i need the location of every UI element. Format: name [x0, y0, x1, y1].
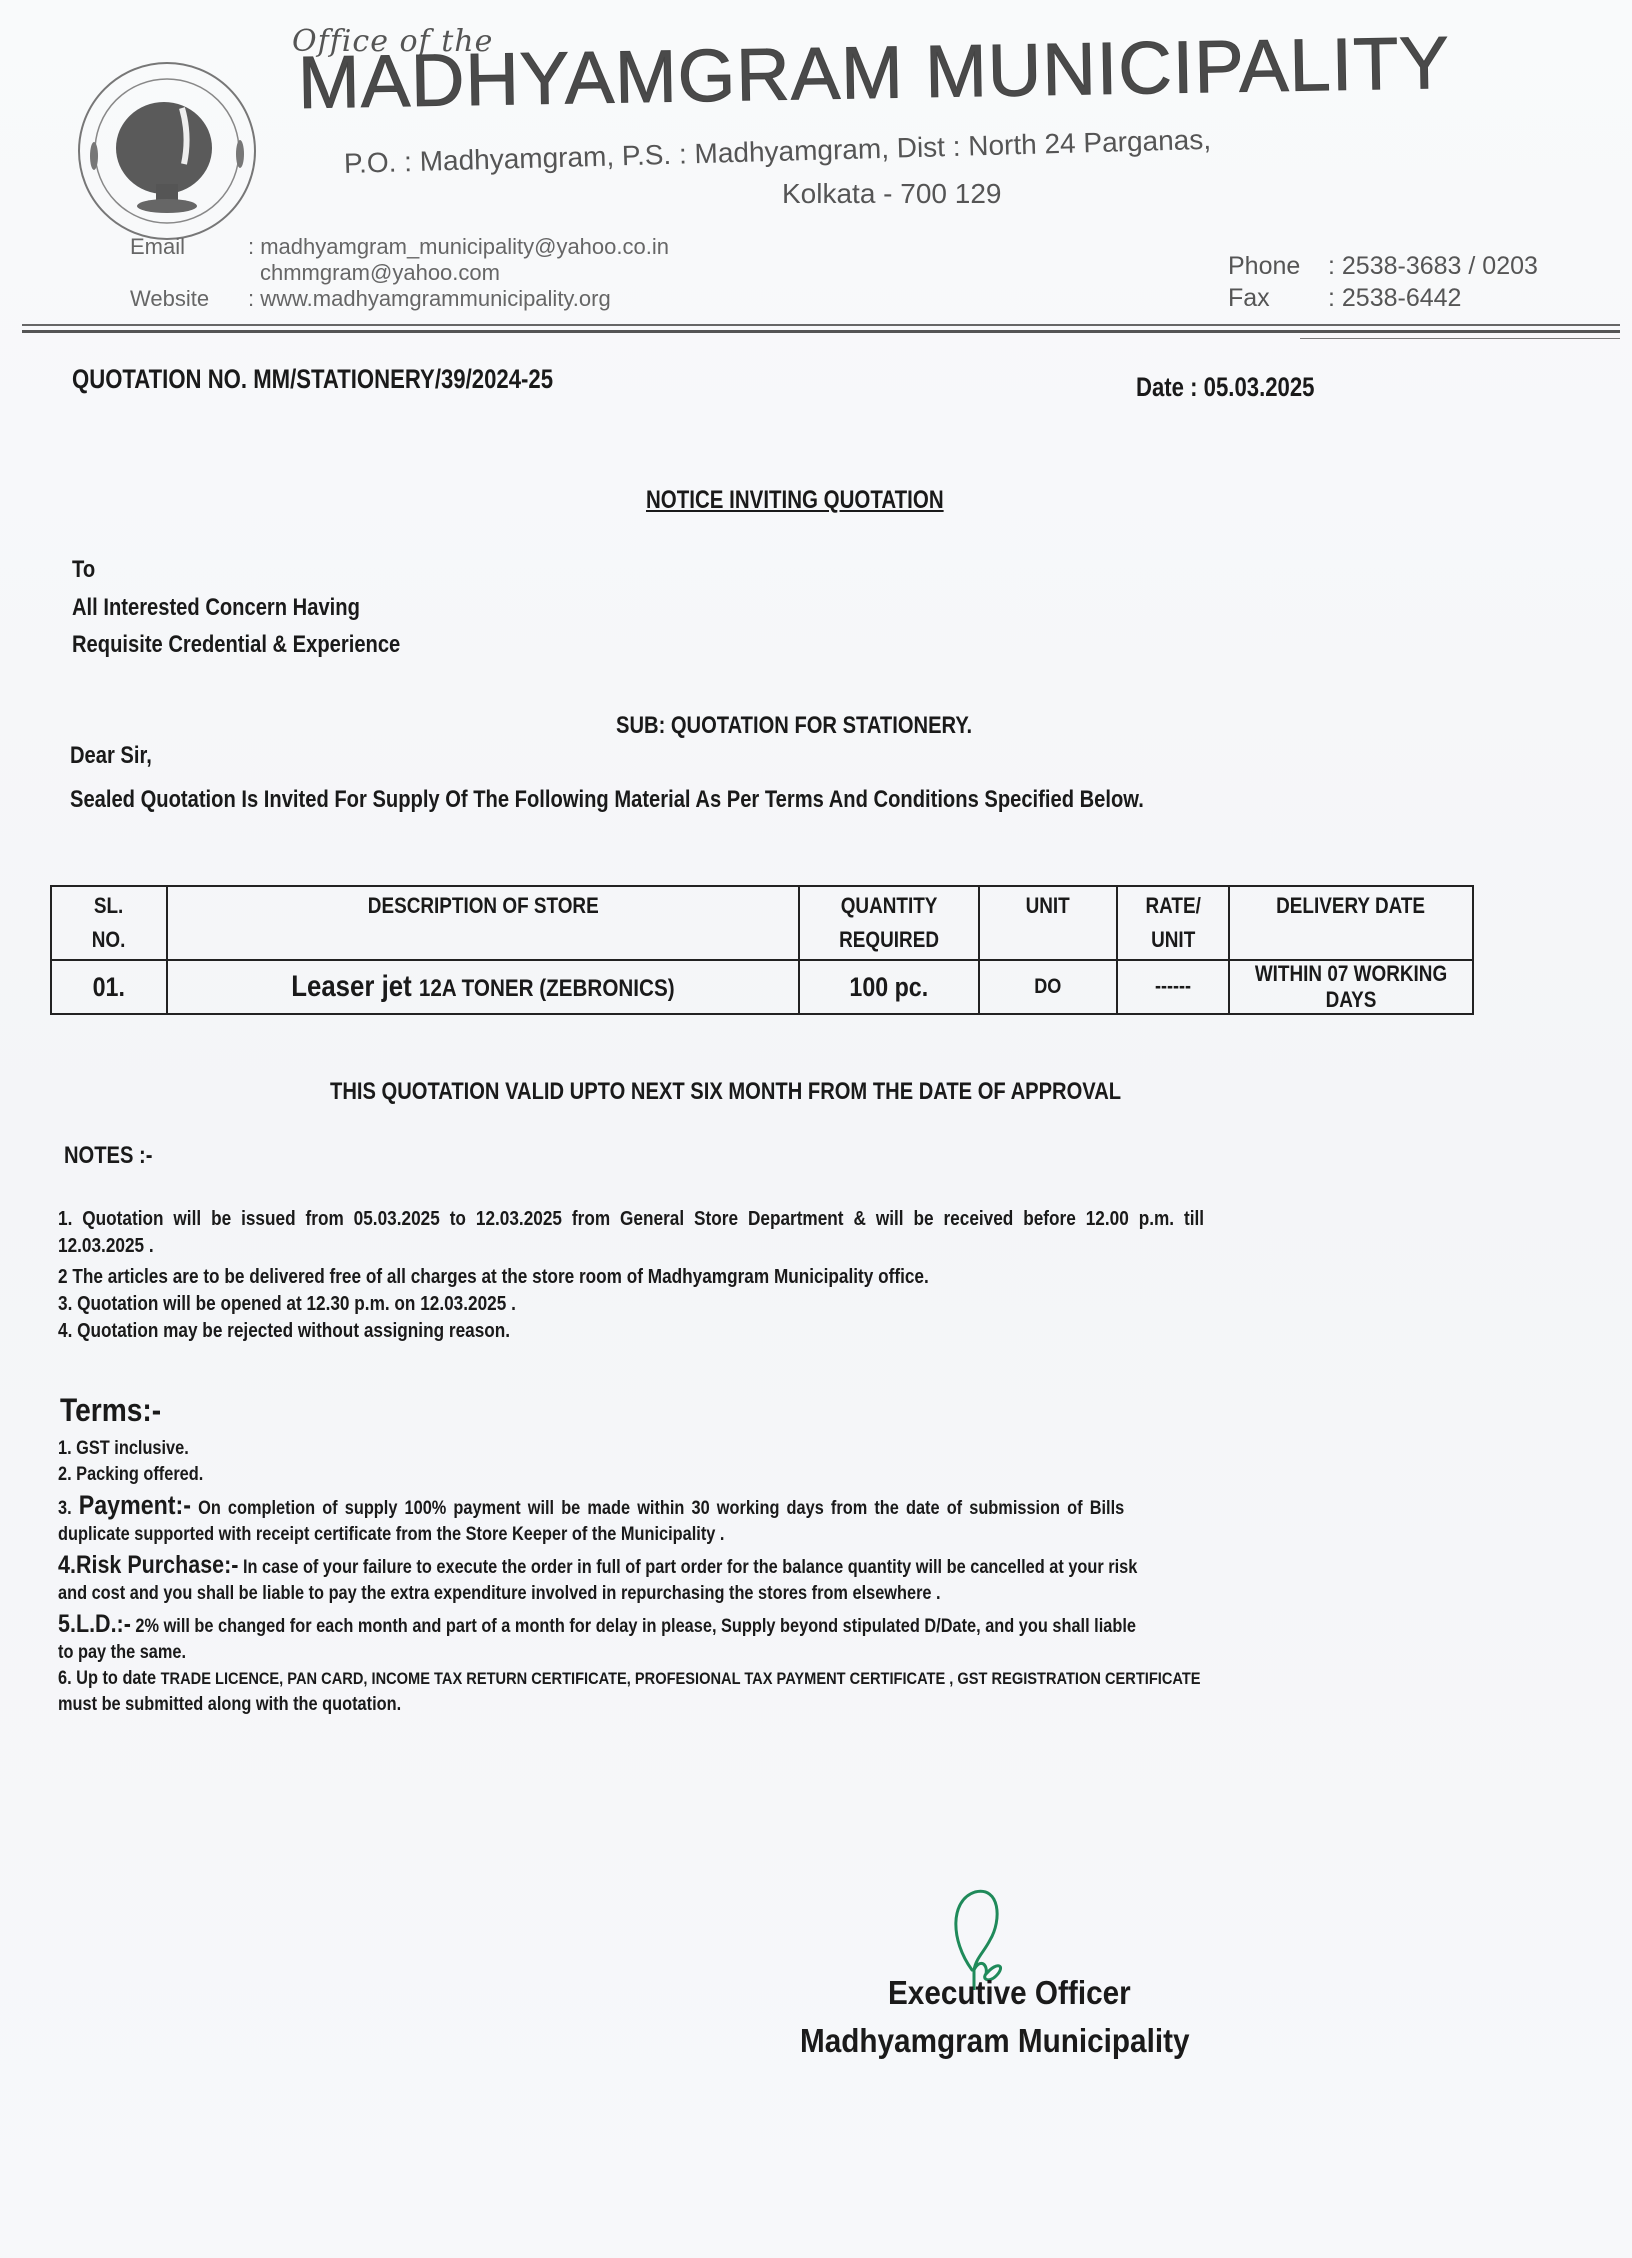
phone-label: Phone — [1228, 250, 1328, 282]
terms-list: 1. GST inclusive. 2. Packing offered. 3.… — [58, 1436, 1528, 1718]
cell-rate: ------ — [1117, 960, 1229, 1014]
letterhead-contact: Email: madhyamgram_municipality@yahoo.co… — [130, 234, 669, 312]
cell-quantity: 100 pc. — [799, 960, 979, 1014]
signatory-designation: Executive Officer — [888, 1974, 1131, 2012]
term-item-risk-purchase-cont: and cost and you shall be liable to pay … — [58, 1581, 1322, 1607]
header-sl-no: SL.NO. — [51, 886, 167, 960]
email-label: Email — [130, 234, 248, 260]
addressee-line2: Requisite Credential & Experience — [72, 631, 400, 659]
email-secondary: chmmgram@yahoo.com — [248, 260, 500, 286]
email-primary: : madhyamgram_municipality@yahoo.co.in — [248, 234, 669, 260]
phone-number: : 2538-3683 / 0203 — [1328, 250, 1538, 282]
validity-statement: THIS QUOTATION VALID UPTO NEXT SIX MONTH… — [330, 1078, 1121, 1106]
letterhead-divider — [22, 324, 1620, 326]
fax-label: Fax — [1228, 282, 1328, 314]
addressee-to: To — [72, 556, 95, 584]
note-item: 1. Quotation will be issued from 05.03.2… — [58, 1206, 1314, 1233]
term-item-documents-cont: must be submitted along with the quotati… — [58, 1692, 1322, 1718]
table-header-row: SL.NO. DESCRIPTION OF STORE QUANTITYREQU… — [51, 886, 1473, 960]
document-page: Office of the MADHYAMGRAM MUNICIPALITY P… — [0, 0, 1632, 2258]
website-label: Website — [130, 286, 248, 312]
cell-sl-no: 01. — [51, 960, 167, 1014]
note-item: 4. Quotation may be rejected without ass… — [58, 1318, 1314, 1345]
addressee-line1: All Interested Concern Having — [72, 594, 360, 622]
letterhead-divider — [22, 330, 1620, 333]
cell-description: Leaser jet 12A TONER (ZEBRONICS) — [167, 960, 799, 1014]
notes-list: 1. Quotation will be issued from 05.03.2… — [58, 1206, 1518, 1345]
note-item: 12.03.2025 . — [58, 1233, 1314, 1260]
term-item: 1. GST inclusive. — [58, 1436, 1322, 1462]
header-quantity: QUANTITYREQUIRED — [799, 886, 979, 960]
table-row: 01. Leaser jet 12A TONER (ZEBRONICS) 100… — [51, 960, 1473, 1014]
website-url: : www.madhyamgrammunicipality.org — [248, 286, 611, 312]
letterhead-divider — [1300, 338, 1620, 339]
fax-number: : 2538-6442 — [1328, 282, 1461, 314]
term-item-payment-cont: duplicate supported with receipt certifi… — [58, 1522, 1322, 1548]
salutation: Dear Sir, — [70, 742, 152, 770]
notice-title: NOTICE INVITING QUOTATION — [646, 486, 944, 515]
letterhead-address-line2: Kolkata - 700 129 — [782, 178, 1002, 210]
term-item-ld-cont: to pay the same. — [58, 1640, 1322, 1666]
note-item: 2 The articles are to be delivered free … — [58, 1264, 1314, 1291]
letterhead-phone-fax: Phone: 2538-3683 / 0203 Fax: 2538-6442 — [1228, 250, 1538, 314]
notes-heading: NOTES :- — [64, 1142, 152, 1170]
header-unit: UNIT — [979, 886, 1117, 960]
term-item-documents: 6. Up to date TRADE LICENCE, PAN CARD, I… — [58, 1666, 1322, 1692]
items-table: SL.NO. DESCRIPTION OF STORE QUANTITYREQU… — [50, 885, 1474, 1015]
note-item: 3. Quotation will be opened at 12.30 p.m… — [58, 1291, 1314, 1318]
terms-heading: Terms:- — [60, 1392, 161, 1429]
subject-line: SUB: QUOTATION FOR STATIONERY. — [616, 712, 972, 740]
municipality-seal-icon — [72, 56, 262, 246]
term-item: 2. Packing offered. — [58, 1462, 1322, 1488]
header-rate-unit: RATE/UNIT — [1117, 886, 1229, 960]
quotation-number: QUOTATION NO. MM/STATIONERY/39/2024-25 — [72, 364, 553, 395]
cell-delivery-date: WITHIN 07 WORKING DAYS — [1229, 960, 1473, 1014]
term-item-payment: 3. Payment:- On completion of supply 100… — [58, 1492, 1322, 1522]
signatory-organisation: Madhyamgram Municipality — [800, 2022, 1189, 2060]
intro-text: Sealed Quotation Is Invited For Supply O… — [70, 786, 1144, 814]
cell-unit: DO — [979, 960, 1117, 1014]
quotation-date: Date : 05.03.2025 — [1136, 372, 1314, 403]
header-delivery-date: DELIVERY DATE — [1229, 886, 1473, 960]
letterhead-address-line1: P.O. : Madhyamgram, P.S. : Madhyamgram, … — [344, 124, 1212, 180]
header-description: DESCRIPTION OF STORE — [167, 886, 799, 960]
term-item-risk-purchase: 4.Risk Purchase:- In case of your failur… — [58, 1552, 1322, 1581]
term-item-ld: 5.L.D.:- 2% will be changed for each mon… — [58, 1611, 1322, 1640]
